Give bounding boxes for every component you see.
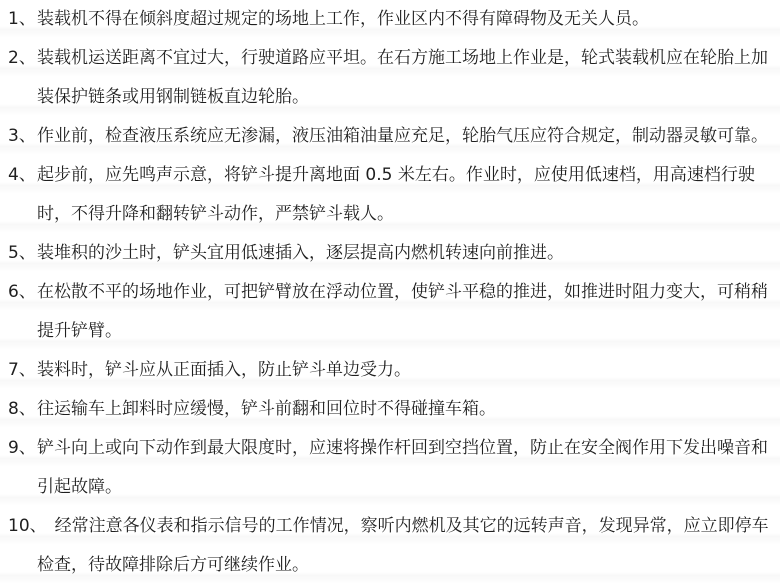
item-number: 9、 [8,429,37,468]
document-page: 1、装载机不得在倾斜度超过规定的场地上工作，作业区内不得有障碍物及无关人员。 2… [0,0,780,585]
rule-item-3: 3、作业前，检查液压系统应无渗漏，液压油箱油量应充足，轮胎气压应符合规定，制动器… [0,117,780,156]
item-text: 装堆积的沙土时，铲头宜用低速插入，逐层提高内燃机转速向前推进。 [37,243,564,263]
rule-item-1: 1、装载机不得在倾斜度超过规定的场地上工作，作业区内不得有障碍物及无关人员。 [0,0,780,39]
rule-item-8: 8、往运输车上卸料时应缓慢，铲斗前翻和回位时不得碰撞车箱。 [0,390,780,429]
item-number: 3、 [8,117,37,156]
rule-item-2: 2、装载机运送距离不宜过大，行驶道路应平坦。在石方施工场地上作业是，轮式装载机应… [0,39,780,117]
item-number: 6、 [8,273,37,312]
item-number: 7、 [8,351,37,390]
item-number: 8、 [8,390,37,429]
item-text: 往运输车上卸料时应缓慢，铲斗前翻和回位时不得碰撞车箱。 [37,399,496,419]
item-text: 起步前，应先鸣声示意，将铲斗提升离地面 0.5 米左右。作业时，应使用低速档，用… [37,165,755,224]
rule-item-6: 6、在松散不平的场地作业，可把铲臂放在浮动位置，使铲斗平稳的推进，如推进时阻力变… [0,273,780,351]
item-number: 5、 [8,234,37,273]
item-text: 装载机运送距离不宜过大，行驶道路应平坦。在石方施工场地上作业是，轮式装载机应在轮… [37,48,768,107]
item-number: 10、 [8,507,47,546]
item-text: 在松散不平的场地作业，可把铲臂放在浮动位置，使铲斗平稳的推进，如推进时阻力变大，… [37,282,768,341]
item-text: 装料时，铲斗应从正面插入，防止铲斗单边受力。 [37,360,411,380]
item-text: 铲斗向上或向下动作到最大限度时，应速将操作杆回到空挡位置，防止在安全阀作用下发出… [37,438,768,497]
item-number: 2、 [8,39,37,78]
item-text: 作业前，检查液压系统应无渗漏，液压油箱油量应充足，轮胎气压应符合规定，制动器灵敏… [37,126,768,146]
item-text: 装载机不得在倾斜度超过规定的场地上工作，作业区内不得有障碍物及无关人员。 [37,9,649,29]
rule-item-5: 5、装堆积的沙土时，铲头宜用低速插入，逐层提高内燃机转速向前推进。 [0,234,780,273]
rule-item-7: 7、装料时，铲斗应从正面插入，防止铲斗单边受力。 [0,351,780,390]
rule-item-9: 9、铲斗向上或向下动作到最大限度时，应速将操作杆回到空挡位置，防止在安全阀作用下… [0,429,780,507]
item-text: 经常注意各仪表和指示信号的工作情况，察听内燃机及其它的远转声音，发现异常，应立即… [37,516,769,575]
item-number: 1、 [8,0,37,39]
rule-item-10: 10、经常注意各仪表和指示信号的工作情况，察听内燃机及其它的远转声音，发现异常，… [0,507,780,585]
item-number: 4、 [8,156,37,195]
rule-item-4: 4、起步前，应先鸣声示意，将铲斗提升离地面 0.5 米左右。作业时，应使用低速档… [0,156,780,234]
